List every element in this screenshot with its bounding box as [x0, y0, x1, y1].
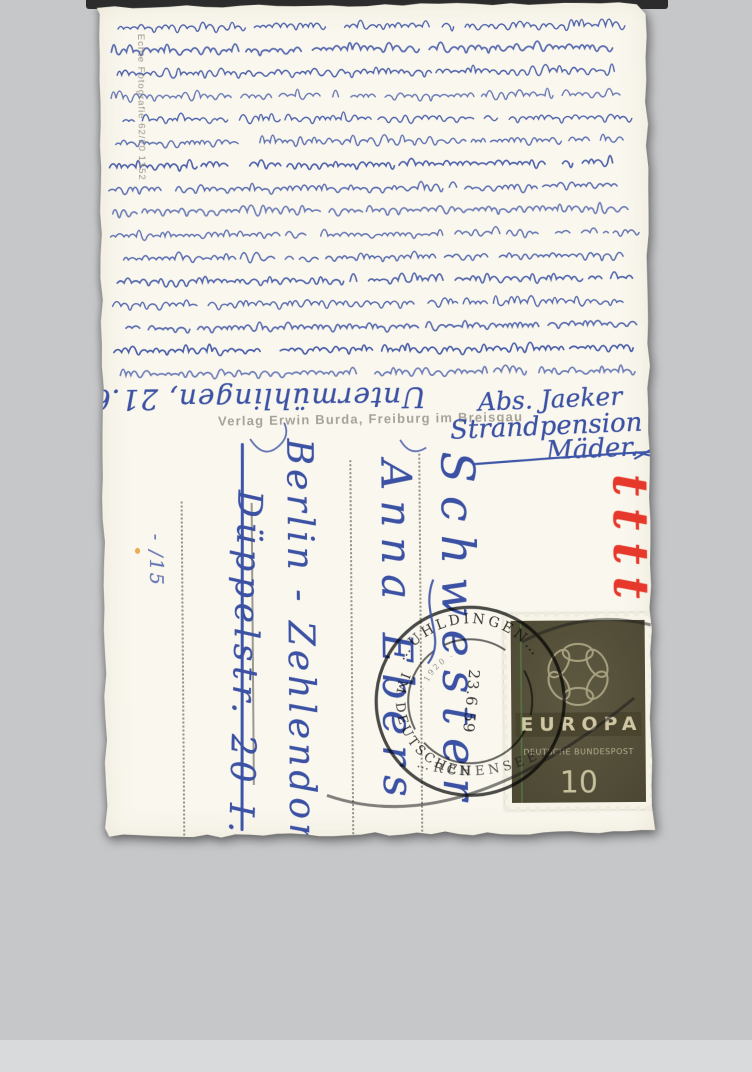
handwriting-row [113, 202, 628, 218]
handwriting-row [110, 226, 639, 241]
handwriting-row [116, 132, 623, 148]
address-rule-dotted-3 [181, 502, 186, 841]
address-street: Düppelstr. 20 I. [220, 490, 269, 835]
handwriting-row [118, 18, 625, 34]
stamp-perforation-right [648, 611, 656, 811]
handwriting-row [114, 341, 633, 357]
address-city: Berlin - Zehlendorf [278, 438, 322, 840]
handwriting-row [113, 295, 623, 311]
handwriting-row [109, 155, 619, 171]
handwriting-row [109, 180, 617, 196]
handwriting-row [117, 64, 614, 79]
address-rule-dotted-2 [349, 460, 354, 840]
postcard-back: Echte Fotografie 62/20 1352 Untermühling… [97, 0, 656, 840]
handwriting-row [117, 271, 632, 287]
handwriting-row [124, 249, 624, 265]
message-handwriting [97, 4, 650, 408]
sender-name-line: Mäder. [546, 432, 639, 466]
orange-speck [135, 548, 140, 554]
postcard-wrapper: Echte Fotografie 62/20 1352 Untermühling… [97, 0, 656, 840]
message-dateline: Untermühlingen, 21.6. [126, 374, 426, 416]
scanner-bottom-band [0, 1040, 752, 1072]
photo-credit-vertical-text: Echte Fotografie 62/20 1352 [135, 34, 148, 249]
postmark: …UHLDINGEN… IM DEUTSCHEN · 1920 · 23.6.5… [359, 590, 582, 813]
postmark-date: 23.6.59 [459, 669, 483, 735]
postmark-inner-arc: · 1920 · [418, 648, 456, 694]
red-crayon-mark: tttt [601, 474, 655, 624]
scanned-postcard-page: Echte Fotografie 62/20 1352 Untermühling… [0, 0, 752, 1072]
handwriting-row [111, 87, 630, 104]
handwriting-row [126, 319, 637, 334]
price-pencil-mark: - /15 [145, 534, 168, 614]
handwriting-row [111, 40, 625, 56]
handwriting-row [123, 110, 632, 127]
